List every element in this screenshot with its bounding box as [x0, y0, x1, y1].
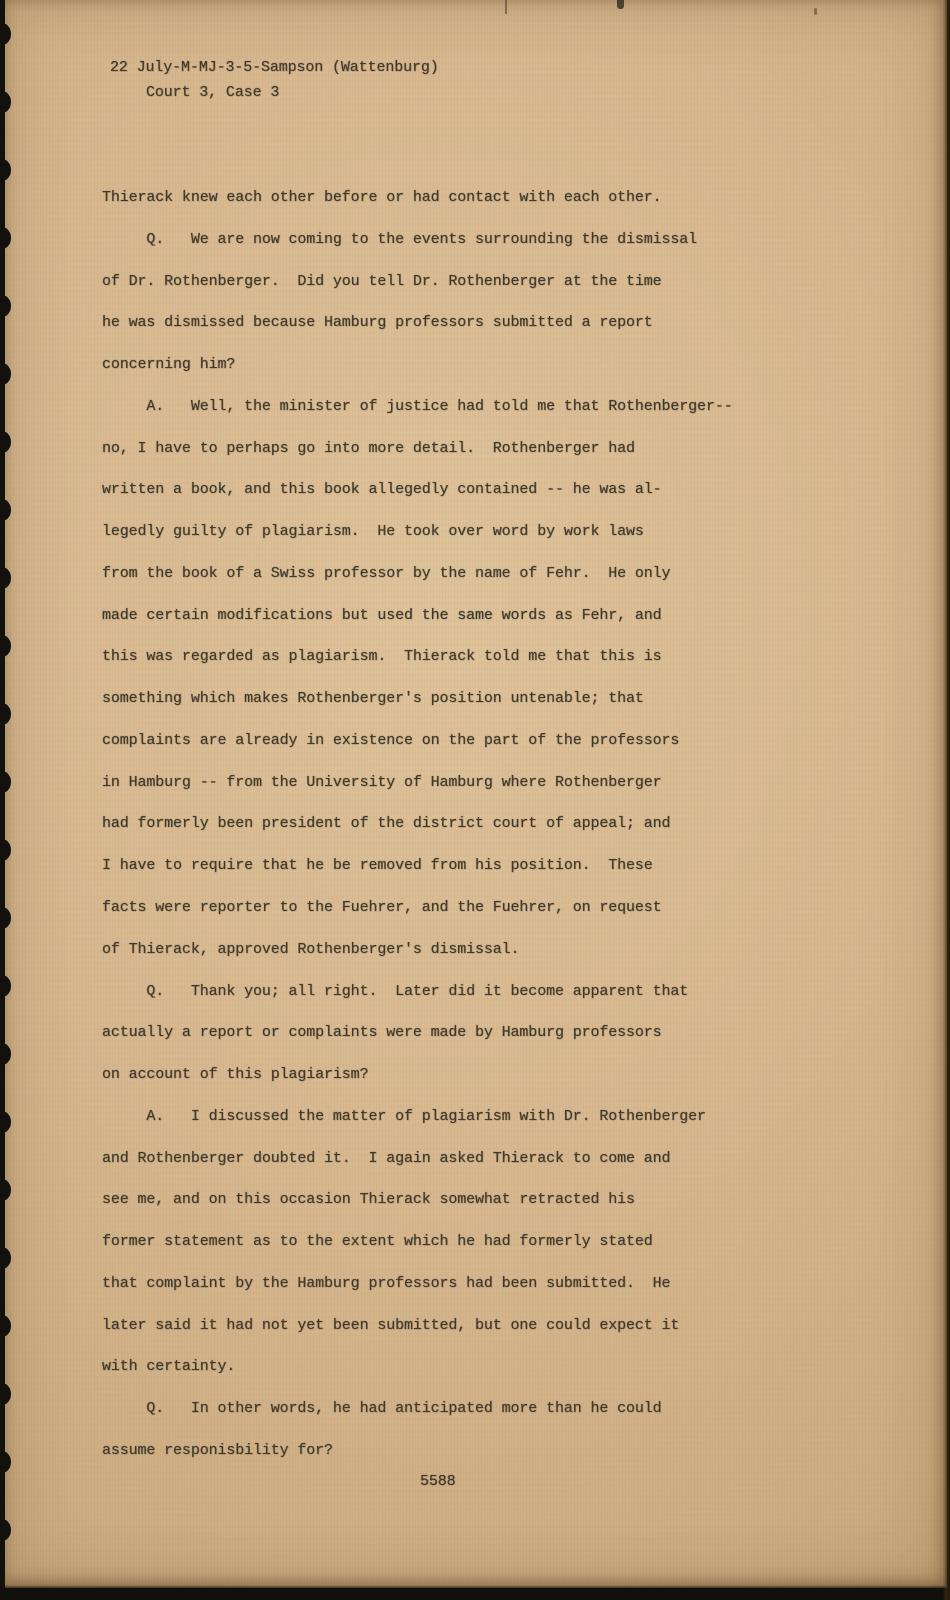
transcript-line: legedly guilty of plagiarism. He took ov…: [102, 511, 862, 553]
transcript-line: A. I discussed the matter of plagiarism …: [102, 1096, 862, 1138]
transcript-line: and Rothenberger doubted it. I again ask…: [102, 1138, 862, 1180]
transcript-line: this was regarded as plagiarism. Thierac…: [102, 636, 862, 678]
transcript-line: had formerly been president of the distr…: [102, 803, 862, 845]
binding-edge-graphic: [0, 0, 14, 1600]
transcript-line: written a book, and this book allegedly …: [102, 469, 862, 511]
transcript-line: Q. In other words, he had anticipated mo…: [102, 1388, 862, 1430]
transcript-line: on account of this plagiarism?: [102, 1054, 862, 1096]
page-right-edge: [943, 0, 950, 1600]
header-court-case-line: Court 3, Case 3: [110, 80, 439, 105]
transcript-line: assume responisbility for?: [102, 1430, 862, 1472]
transcript-line: from the book of a Swiss professor by th…: [102, 553, 862, 595]
transcript-line: former statement as to the extent which …: [102, 1221, 862, 1263]
transcript-line: facts were reporter to the Fuehrer, and …: [102, 887, 862, 929]
transcript-line: complaints are already in existence on t…: [102, 720, 862, 762]
transcript-header: 22 July-M-MJ-3-5-Sampson (Wattenburg) Co…: [110, 55, 439, 105]
transcript-line: that complaint by the Hamburg professors…: [102, 1263, 862, 1305]
transcript-line: later said it had not yet been submitted…: [102, 1305, 862, 1347]
header-session-line: 22 July-M-MJ-3-5-Sampson (Wattenburg): [110, 55, 439, 80]
transcript-line: Q. Thank you; all right. Later did it be…: [102, 971, 862, 1013]
transcript-line: with certainty.: [102, 1346, 862, 1388]
transcript-body: Thierack knew each other before or had c…: [102, 177, 862, 1472]
transcript-line: Q. We are now coming to the events surro…: [102, 219, 862, 261]
scan-speck: [617, 0, 624, 9]
transcript-line: something which makes Rothenberger's pos…: [102, 678, 862, 720]
transcript-line: see me, and on this occasion Thierack so…: [102, 1179, 862, 1221]
page-number: 5588: [420, 1472, 456, 1492]
transcript-line: in Hamburg -- from the University of Ham…: [102, 762, 862, 804]
scan-speck: [814, 8, 817, 15]
page-bottom-edge: [0, 1585, 950, 1600]
binding-edge: [0, 0, 14, 1600]
transcript-line: he was dismissed because Hamburg profess…: [102, 302, 862, 344]
transcript-line: of Thierack, approved Rothenberger's dis…: [102, 929, 862, 971]
scan-scratch: [505, 0, 507, 14]
transcript-line: A. Well, the minister of justice had tol…: [102, 386, 862, 428]
transcript-line: made certain modifications but used the …: [102, 595, 862, 637]
transcript-line: I have to require that he be removed fro…: [102, 845, 862, 887]
transcript-line: actually a report or complaints were mad…: [102, 1012, 862, 1054]
transcript-line: Thierack knew each other before or had c…: [102, 177, 862, 219]
transcript-line: concerning him?: [102, 344, 862, 386]
transcript-line: no, I have to perhaps go into more detai…: [102, 428, 862, 470]
transcript-line: of Dr. Rothenberger. Did you tell Dr. Ro…: [102, 261, 862, 303]
